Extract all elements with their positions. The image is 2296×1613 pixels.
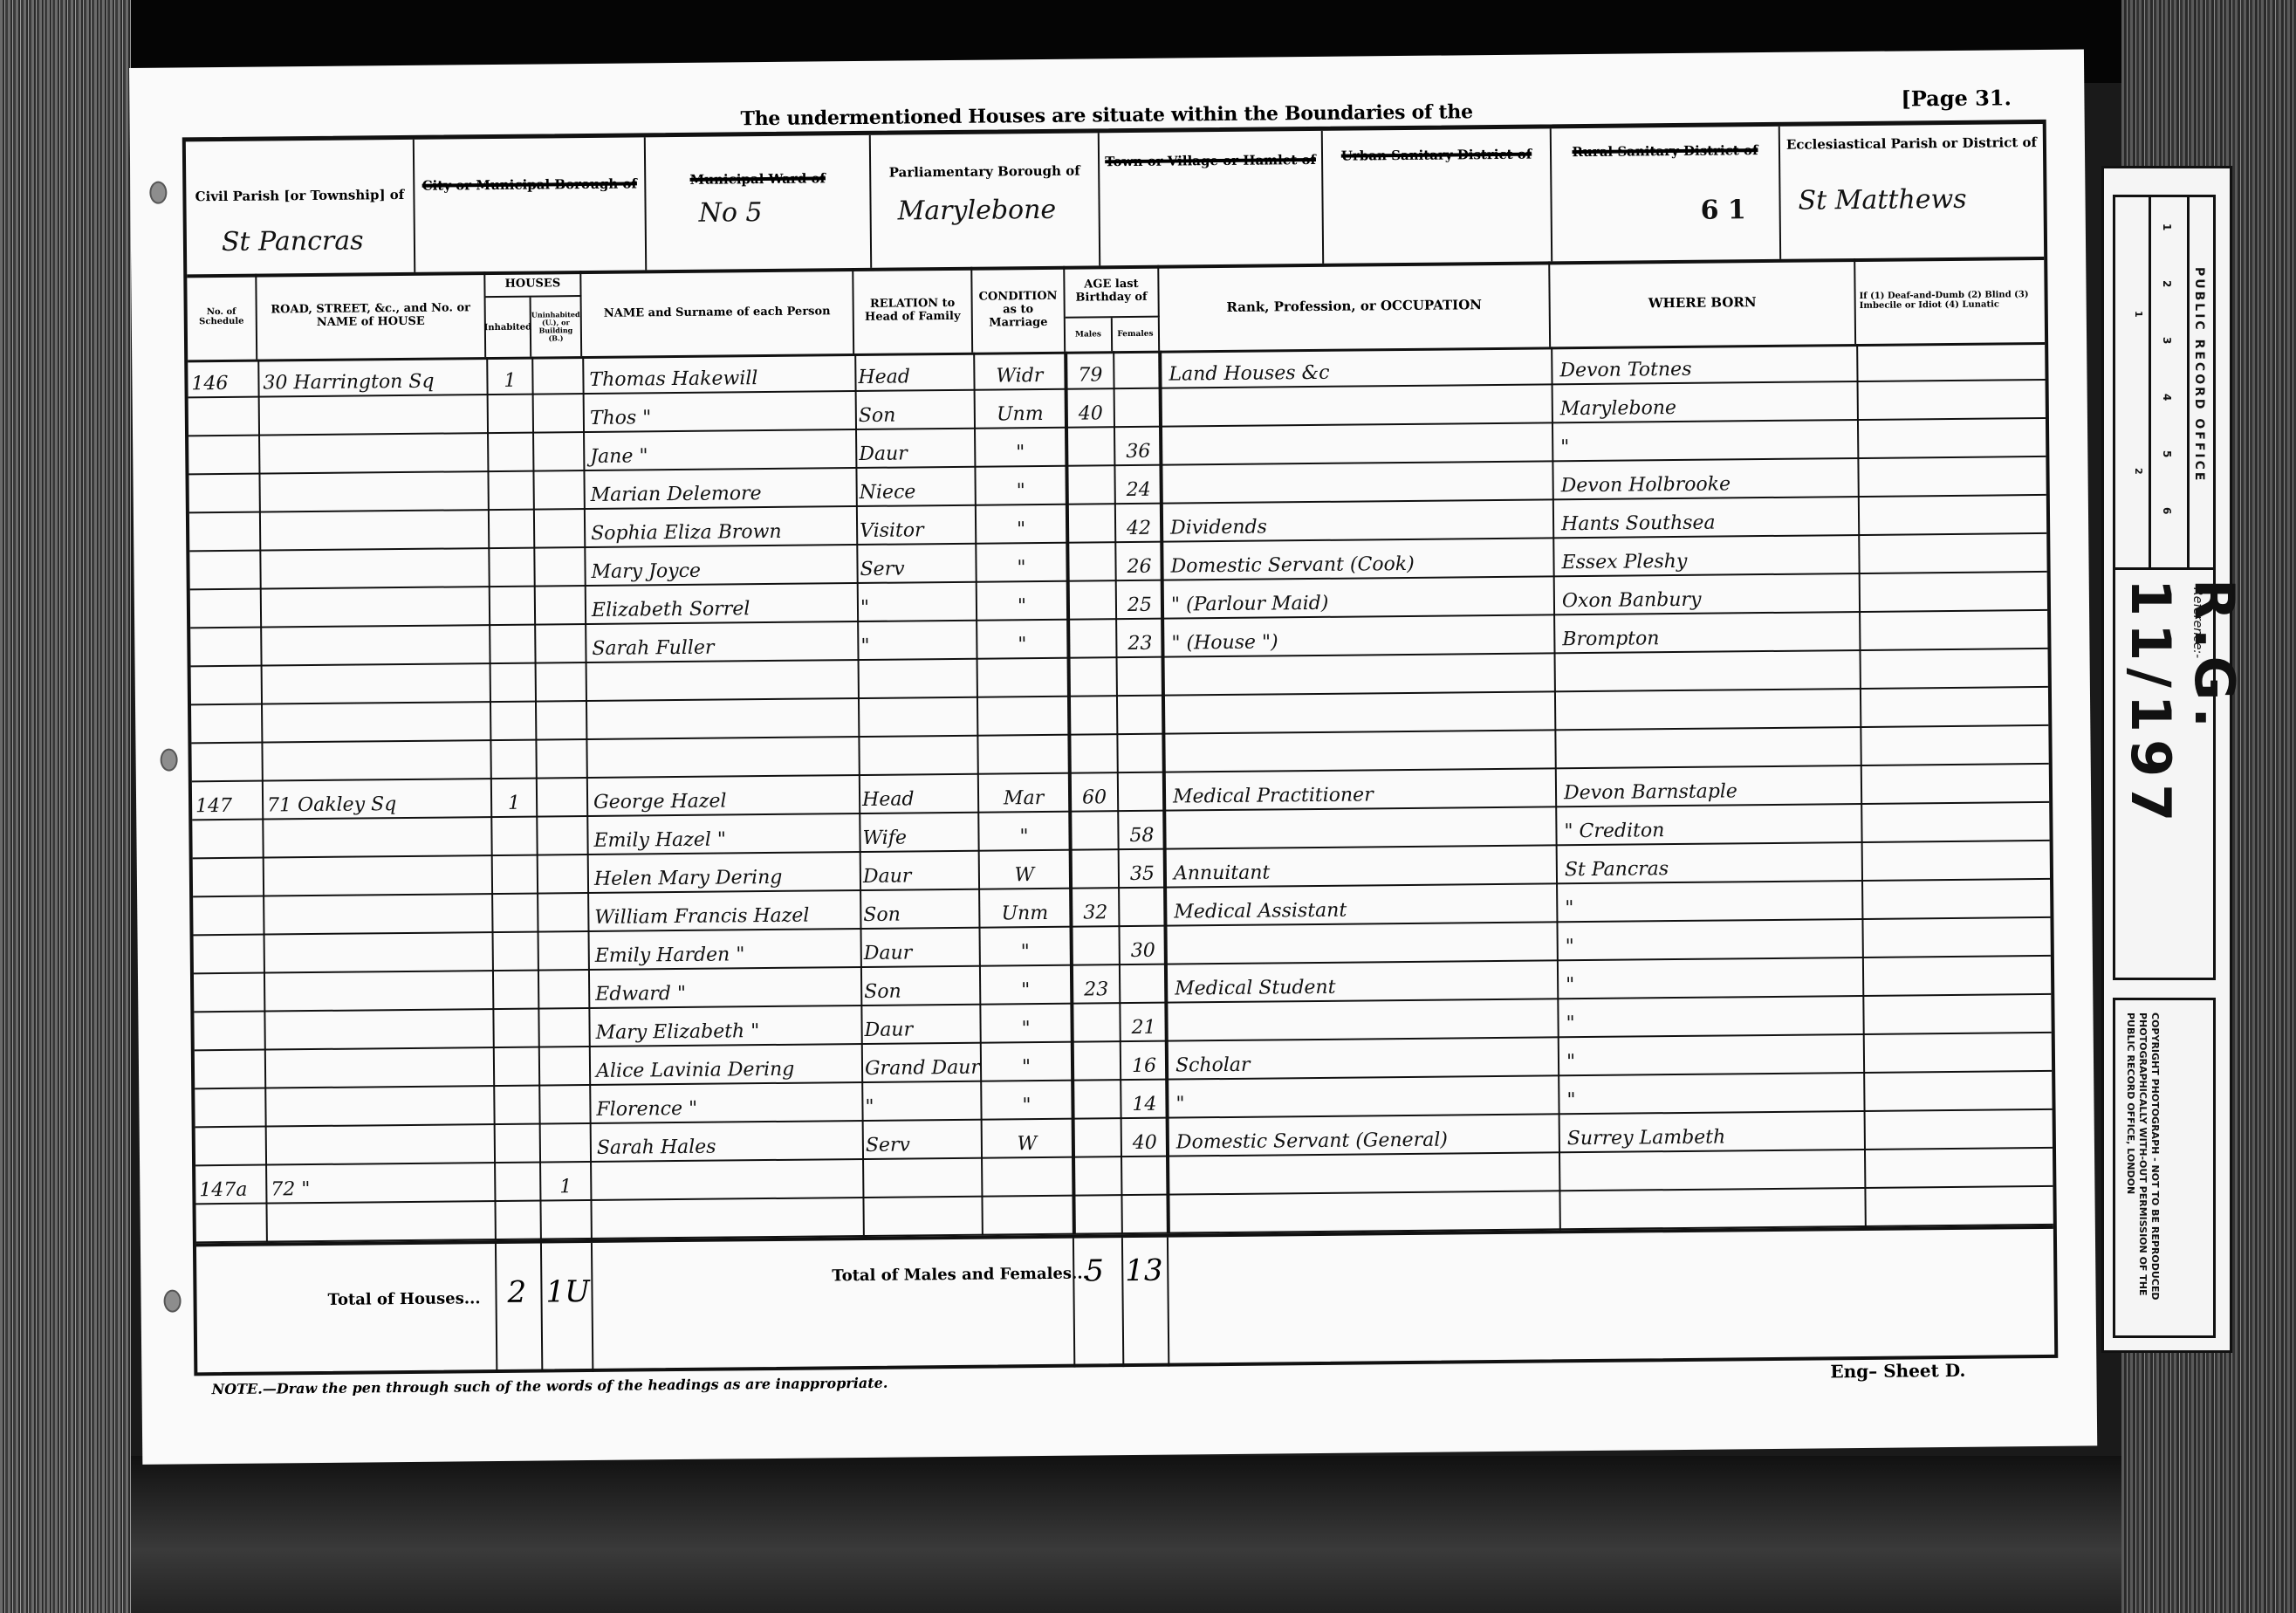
cell-relation: "	[860, 583, 974, 621]
cell-schedule	[197, 936, 262, 973]
cell-address	[264, 549, 483, 587]
cell-relation: Visitor	[860, 506, 973, 544]
cell-inhabited	[490, 434, 531, 470]
header-houses: HOUSES	[485, 271, 581, 298]
scan-background-bottom	[131, 1456, 2121, 1613]
cell-uninhabited	[538, 740, 584, 777]
boundary-civil-parish: Civil Parish [or Township] of St Pancras	[186, 140, 415, 275]
cell-name: Elizabeth Sorrel	[592, 584, 853, 623]
cell-uninhabited	[542, 1086, 587, 1122]
cell-name: William Francis Hazel	[594, 891, 856, 930]
cell-address	[270, 1048, 488, 1087]
cell-inhabited	[497, 1163, 538, 1200]
cell-occupation	[1176, 1153, 1557, 1193]
cell-inhabited	[493, 664, 533, 701]
cell-condition	[984, 1158, 1070, 1196]
binding-hole-icon	[160, 749, 177, 772]
cell-relation: Serv	[866, 1121, 979, 1158]
column-divider	[1073, 1239, 1075, 1368]
cell-relation: Wife	[862, 813, 976, 851]
cell-occupation: Land Houses &c	[1169, 347, 1549, 387]
cell-condition: "	[977, 429, 1063, 466]
cell-relation: Head	[862, 775, 976, 813]
cell-name: Jane "	[590, 430, 852, 470]
cell-condition: "	[978, 505, 1064, 543]
cell-female-age: 42	[1118, 504, 1160, 541]
cell-inhabited: 1	[494, 779, 534, 816]
cell-born: St Pancras	[1565, 843, 1860, 882]
boundary-rural-sanitary: Rural Sanitary District of 6 1	[1552, 127, 1781, 262]
ruler-number: 6	[2161, 507, 2173, 514]
boundaries-row: Civil Parish [or Township] of St Pancras…	[186, 124, 2044, 278]
cell-uninhabited	[538, 587, 583, 623]
cell-occupation	[1172, 654, 1552, 694]
ruler-number: 4	[2161, 394, 2173, 401]
total-persons-label: Total of Males and Females...	[832, 1265, 1088, 1286]
cell-female-age	[1124, 1196, 1166, 1232]
cell-inhabited: 1	[490, 357, 530, 394]
cell-name: Emily Hazel "	[593, 814, 855, 854]
cell-male-age	[1075, 1196, 1121, 1232]
cell-address: 30 Harrington Sq	[263, 357, 481, 395]
cell-condition: "	[983, 928, 1068, 965]
cell-inhabited	[490, 472, 531, 509]
cell-inhabited	[493, 741, 533, 778]
boundary-urban-sanitary: Urban Sanitary District of	[1323, 128, 1552, 264]
cell-female-age	[1122, 965, 1164, 1002]
cell-schedule	[195, 667, 259, 704]
header-condition: CONDITION as to Marriage	[972, 266, 1066, 353]
header-infirmity: If (1) Deaf-and-Dumb (2) Blind (3) Imbec…	[1855, 257, 2041, 344]
municipal-ward-value: No 5	[698, 197, 762, 229]
cell-schedule	[192, 475, 257, 512]
total-females: 13	[1125, 1253, 1163, 1288]
cell-uninhabited	[543, 1124, 588, 1161]
ruler-number: 2	[2161, 280, 2173, 287]
cell-name	[597, 1198, 859, 1238]
cell-male-age	[1070, 581, 1115, 618]
boundary-municipal-borough: City or Municipal Borough of	[415, 137, 647, 272]
cell-occupation	[1169, 462, 1550, 502]
footer-note: NOTE.—Draw the pen through such of the w…	[211, 1375, 888, 1397]
header-inhabited: Inhabited	[486, 298, 532, 357]
cell-condition: "	[981, 813, 1066, 850]
cell-occupation: " (House ")	[1171, 615, 1552, 655]
cell-born: "	[1566, 997, 1861, 1036]
cell-condition: W	[982, 851, 1067, 889]
cell-born	[1563, 651, 1858, 690]
cell-born: "	[1566, 958, 1861, 998]
cell-condition: "	[983, 1005, 1068, 1042]
cell-inhabited	[496, 1010, 536, 1047]
page-number: [Page 31.	[1901, 85, 2012, 111]
cell-schedule	[197, 974, 262, 1012]
header-relation: RELATION to Head of Family	[853, 267, 973, 353]
cell-occupation	[1172, 731, 1552, 771]
ruler-divider	[2187, 197, 2190, 567]
cell-uninhabited	[538, 702, 584, 738]
cell-uninhabited	[539, 779, 585, 815]
cell-female-age: 23	[1119, 620, 1161, 656]
cell-relation: "	[865, 1082, 978, 1120]
cell-female-age: 35	[1121, 850, 1163, 887]
cell-name: Mary Joyce	[591, 546, 853, 585]
cell-schedule	[193, 513, 257, 551]
cell-address	[268, 895, 486, 933]
cell-name: Florence "	[596, 1083, 858, 1122]
cell-female-age	[1121, 773, 1162, 810]
cell-male-age: 23	[1073, 965, 1119, 1002]
cell-female-age	[1117, 389, 1159, 426]
cell-occupation	[1176, 1191, 1557, 1232]
cell-female-age: 58	[1121, 812, 1162, 848]
cell-relation: Daur	[859, 429, 972, 467]
cell-name: Sarah Fuller	[592, 622, 853, 662]
cell-relation: Serv	[860, 545, 973, 582]
cell-relation: Son	[863, 890, 977, 928]
office-name: PUBLIC RECORD OFFICE	[2192, 267, 2206, 483]
cell-name: Marian Delemore	[590, 469, 852, 508]
total-houses-inhabited: 2	[507, 1275, 526, 1310]
cell-address	[269, 971, 487, 1010]
cell-condition	[980, 736, 1066, 773]
cell-address	[271, 1202, 490, 1240]
cell-female-age: 25	[1119, 581, 1161, 618]
cell-inhabited	[490, 395, 531, 432]
cell-male-age	[1068, 428, 1114, 464]
cell-female-age	[1120, 697, 1162, 733]
cell-female-age: 14	[1123, 1081, 1165, 1117]
cell-occupation: Domestic Servant (Cook)	[1170, 539, 1551, 579]
cell-male-age	[1070, 620, 1115, 656]
cell-male-age	[1075, 1119, 1121, 1156]
cell-born: Devon Barnstaple	[1564, 766, 1859, 806]
cell-schedule	[192, 398, 257, 436]
cell-born: "	[1565, 882, 1860, 921]
parliamentary-borough-value: Marylebone	[897, 195, 1056, 227]
cell-address: 71 Oakley Sq	[267, 779, 485, 818]
cell-schedule: 147a	[199, 1166, 264, 1204]
cell-relation	[861, 737, 975, 774]
cell-relation: Daur	[863, 852, 977, 889]
cell-born	[1567, 1189, 1862, 1228]
cell-condition: "	[984, 1043, 1069, 1081]
header-females: Females	[1113, 318, 1160, 352]
census-entries: 14630 Harrington Sq1Thomas HakewillHeadW…	[188, 342, 2053, 1243]
cell-uninhabited	[541, 971, 586, 1007]
cell-address	[264, 395, 482, 434]
ecclesiastical-parish-value: St Matthews	[1798, 184, 1966, 216]
cell-male-age: 40	[1068, 389, 1114, 426]
cell-schedule	[195, 705, 259, 743]
cell-male-age: 79	[1067, 351, 1113, 388]
cell-relation: Son	[859, 391, 972, 429]
cell-female-age: 30	[1121, 927, 1163, 964]
cell-condition: W	[984, 1120, 1070, 1157]
cell-address	[266, 664, 484, 703]
cell-born: Essex Pleshy	[1561, 536, 1856, 575]
ruler-number: 5	[2161, 450, 2173, 457]
cell-uninhabited	[536, 471, 581, 508]
cell-male-age	[1069, 543, 1114, 580]
cell-name: Alice Lavinia Dering	[596, 1045, 858, 1084]
sheet-identifier: Eng– Sheet D.	[1830, 1360, 1965, 1382]
cell-inhabited	[494, 818, 534, 855]
cell-inhabited	[497, 1125, 538, 1162]
boundary-parliamentary-borough: Parliamentary Borough of Marylebone	[871, 133, 1100, 268]
cell-condition: "	[978, 544, 1064, 581]
cell-born	[1563, 728, 1858, 767]
cell-female-age: 26	[1118, 543, 1160, 580]
cell-born: Surrey Lambeth	[1567, 1112, 1862, 1151]
cell-schedule	[198, 1089, 263, 1127]
cell-female-age	[1124, 1157, 1166, 1194]
cell-born: "	[1560, 421, 1855, 460]
cell-condition: "	[979, 582, 1065, 620]
cell-uninhabited	[535, 356, 580, 393]
cell-schedule	[195, 744, 259, 781]
cell-male-age: 32	[1073, 889, 1118, 925]
header-schedule: No. of Schedule	[187, 274, 257, 360]
cell-name: Thos "	[590, 392, 852, 431]
cell-occupation: Scholar	[1175, 1038, 1556, 1078]
cell-condition: Mar	[981, 774, 1066, 812]
cell-born: "	[1566, 1035, 1861, 1074]
reference-slip: PUBLIC RECORD OFFICE 1 2 3 4 5 6 1 2 Ref…	[2101, 166, 2232, 1353]
cell-uninhabited	[542, 1047, 587, 1084]
cell-name: Sophia Eliza Brown	[591, 507, 853, 546]
cell-inhabited	[491, 511, 531, 547]
cell-schedule	[192, 436, 257, 474]
cell-relation	[866, 1198, 979, 1235]
cell-address	[269, 1010, 487, 1048]
cell-schedule	[196, 859, 261, 896]
cell-name	[593, 661, 854, 700]
cell-uninhabited	[536, 395, 581, 431]
cell-male-age	[1074, 1081, 1120, 1117]
cell-female-age	[1116, 351, 1158, 388]
cell-female-age: 40	[1124, 1119, 1166, 1156]
cell-occupation: "	[1175, 1076, 1556, 1116]
cell-relation: Daur	[864, 929, 977, 966]
cell-address	[268, 856, 486, 895]
cell-male-age: 60	[1072, 773, 1117, 810]
cell-born: Marylebone	[1560, 382, 1855, 422]
cell-relation: Daur	[864, 1006, 977, 1043]
census-sheet: The undermentioned Houses are situate wi…	[129, 49, 2097, 1464]
civil-parish-value: St Pancras	[222, 225, 364, 257]
cell-name: Sarah Hales	[597, 1122, 859, 1161]
cell-occupation	[1174, 923, 1554, 963]
cell-schedule	[198, 1051, 263, 1088]
column-divider	[591, 1243, 593, 1372]
ruler-divider	[2149, 197, 2151, 567]
total-houses-label: Total of Houses...	[327, 1289, 480, 1309]
cell-male-age	[1068, 466, 1114, 503]
total-houses-uninhabited: 1U	[545, 1274, 590, 1309]
column-divider	[1121, 1238, 1124, 1367]
cell-occupation: " (Parlour Maid)	[1171, 577, 1552, 617]
inch-mark: 1	[2133, 311, 2144, 318]
header-age: AGE last Birthday of	[1065, 265, 1160, 319]
binding-hole-icon	[149, 182, 167, 204]
cell-female-age: 21	[1122, 1004, 1164, 1040]
cell-born: Devon Totnes	[1559, 344, 1854, 383]
cell-born: Brompton	[1562, 613, 1857, 652]
cell-address	[265, 626, 483, 664]
cell-address	[264, 472, 482, 511]
cell-schedule	[200, 1205, 264, 1242]
cell-name: Mary Elizabeth "	[595, 1006, 857, 1046]
cell-inhabited	[495, 856, 535, 893]
cell-name: Emily Harden "	[595, 930, 857, 969]
cell-name: George Hazel	[593, 776, 855, 815]
enumeration-district-value: 6 1	[1700, 195, 1746, 225]
cell-inhabited	[497, 1202, 538, 1239]
cell-born: " Crediton	[1564, 805, 1859, 844]
inch-mark: 2	[2133, 468, 2144, 475]
boundary-ecclesiastical-parish: Ecclesiastical Parish or District of St …	[1780, 124, 2044, 259]
cell-inhabited	[497, 1048, 537, 1085]
cell-schedule: 146	[191, 360, 256, 397]
cell-occupation: Annuitant	[1174, 846, 1554, 886]
cell-male-age	[1071, 697, 1116, 733]
cell-address	[266, 703, 484, 741]
cell-condition: Unm	[977, 390, 1063, 428]
cell-relation: Head	[858, 353, 971, 390]
cell-inhabited	[496, 971, 536, 1008]
cell-schedule: 147	[195, 782, 260, 820]
cell-inhabited	[491, 549, 531, 586]
cell-relation: Grand Daur	[865, 1044, 978, 1081]
cell-born: "	[1566, 1074, 1861, 1113]
boundary-town-village: Town or Village or Hamlet of	[1100, 131, 1324, 265]
cell-schedule	[197, 1012, 262, 1050]
ruler-number: 1	[2161, 223, 2173, 230]
cell-male-age	[1072, 812, 1117, 848]
cell-male-age	[1074, 1042, 1120, 1079]
column-divider	[540, 1244, 543, 1373]
cell-uninhabited	[537, 548, 582, 585]
cell-condition: Widr	[977, 352, 1062, 389]
cell-condition: "	[983, 966, 1068, 1004]
boundary-municipal-ward: Municipal Ward of No 5	[646, 135, 872, 270]
cell-uninhabited	[540, 855, 586, 892]
cell-address: 72 "	[271, 1163, 489, 1202]
header-name: NAME and Surname of each Person	[581, 268, 854, 356]
copyright-notice: COPYRIGHT PHOTOGRAPH - NOT TO BE REPRODU…	[2124, 1012, 2161, 1327]
cell-occupation	[1169, 423, 1550, 463]
cell-inhabited	[493, 703, 533, 739]
cell-uninhabited	[543, 1201, 588, 1238]
cell-name: Helen Mary Dering	[594, 853, 856, 892]
cell-male-age	[1075, 1157, 1121, 1194]
cell-name: Edward "	[595, 968, 857, 1007]
cell-condition: Unm	[982, 889, 1067, 927]
cell-occupation	[1175, 999, 1555, 1040]
cell-female-age	[1121, 889, 1163, 925]
measurement-ruler: PUBLIC RECORD OFFICE 1 2 3 4 5 6 1 2	[2113, 195, 2216, 570]
column-divider	[1167, 1238, 1169, 1367]
header-where-born: WHERE BORN	[1550, 258, 1856, 347]
cell-occupation: Medical Student	[1175, 961, 1555, 1001]
cell-address	[264, 511, 483, 549]
cell-male-age	[1073, 927, 1119, 964]
cell-male-age	[1071, 735, 1116, 772]
cell-name	[597, 1160, 859, 1199]
scan-background-left	[0, 0, 131, 1613]
enumeration-table: Civil Parish [or Township] of St Pancras…	[182, 120, 2059, 1376]
total-males: 5	[1085, 1253, 1104, 1288]
cell-inhabited	[492, 626, 532, 662]
cell-name: Thomas Hakewill	[589, 353, 851, 393]
cell-relation: "	[860, 621, 974, 659]
cell-address	[270, 1087, 488, 1125]
cell-occupation: Medical Practitioner	[1173, 769, 1553, 809]
cell-condition: "	[979, 621, 1065, 658]
cell-occupation	[1169, 385, 1550, 425]
cell-condition: "	[977, 467, 1063, 504]
cell-schedule	[194, 590, 258, 628]
cell-uninhabited: 1	[543, 1163, 588, 1199]
cell-female-age	[1120, 658, 1162, 695]
cell-name	[593, 699, 854, 738]
copyright-box: COPYRIGHT PHOTOGRAPH - NOT TO BE REPRODU…	[2113, 998, 2216, 1338]
cell-schedule	[194, 628, 258, 666]
header-address: ROAD, STREET, &c., and No. or NAME of HO…	[257, 271, 486, 360]
cell-address	[269, 933, 487, 971]
cell-male-age	[1069, 504, 1114, 541]
cell-address	[264, 434, 482, 472]
cell-address	[266, 741, 484, 779]
header-males: Males	[1066, 318, 1113, 352]
cell-born	[1567, 1150, 1862, 1190]
cell-address	[267, 818, 485, 856]
reference-box: Reference:- R.G. 11/197	[2113, 570, 2216, 980]
cell-born: "	[1565, 920, 1860, 959]
cell-condition	[980, 659, 1066, 697]
cell-born	[1563, 690, 1858, 729]
cell-uninhabited	[537, 510, 582, 546]
cell-uninhabited	[541, 1009, 586, 1046]
ruler-number: 3	[2161, 337, 2173, 344]
cell-uninhabited	[538, 625, 583, 662]
cell-relation: Son	[864, 967, 977, 1005]
cell-uninhabited	[536, 433, 581, 470]
cell-relation	[861, 698, 975, 736]
reference-number: R.G. 11/197	[2119, 579, 2246, 978]
cell-female-age	[1120, 735, 1162, 772]
cell-relation	[866, 1159, 979, 1197]
cell-uninhabited	[541, 932, 586, 969]
cell-schedule	[195, 820, 260, 858]
cell-born: Hants Southsea	[1561, 498, 1856, 537]
cell-address	[265, 587, 483, 626]
column-divider	[495, 1244, 497, 1373]
cell-male-age	[1071, 658, 1116, 695]
cell-schedule	[193, 552, 257, 589]
binding-hole-icon	[163, 1289, 181, 1312]
header-occupation: Rank, Profession, or OCCUPATION	[1159, 261, 1551, 350]
cell-name	[593, 738, 854, 777]
cell-schedule	[196, 897, 261, 935]
cell-uninhabited	[540, 894, 586, 930]
cell-relation: Niece	[859, 468, 972, 505]
cell-condition	[984, 1197, 1070, 1234]
cell-born: Oxon Banbury	[1562, 574, 1857, 614]
cell-uninhabited	[539, 817, 585, 854]
cell-condition	[980, 697, 1066, 735]
